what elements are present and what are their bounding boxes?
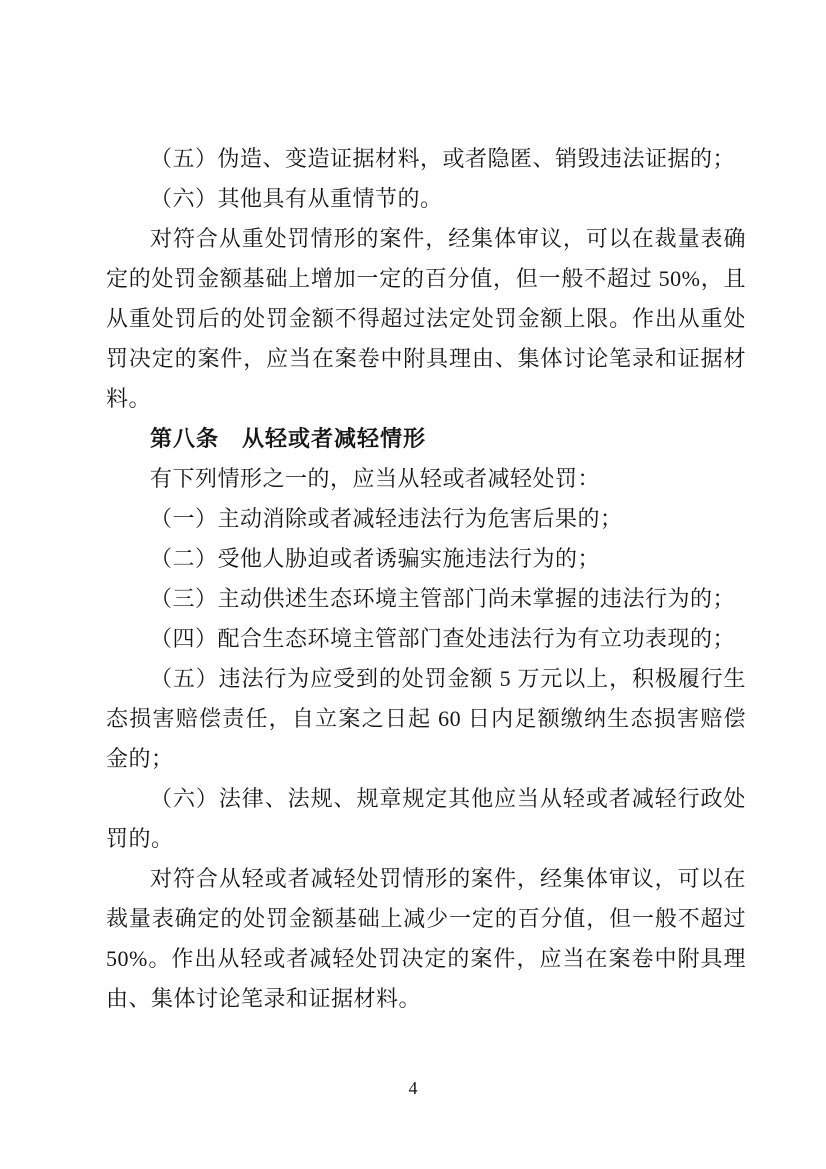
text-line: （五）伪造、变造证据材料，或者隐匿、销毁违法证据的； <box>106 139 746 179</box>
text-line: 50%。作出从轻或者减轻处罚决定的案件，应当在案卷中附具理 <box>106 939 746 979</box>
text-line: （一）主动消除或者减轻违法行为危害后果的； <box>106 499 746 539</box>
text-line: 态损害赔偿责任，自立案之日起 60 日内足额缴纳生态损害赔偿 <box>106 699 746 739</box>
text-line: （六）其他具有从重情节的。 <box>106 179 746 219</box>
text-line: 有下列情形之一的，应当从轻或者减轻处罚： <box>106 459 746 499</box>
text-line: 裁量表确定的处罚金额基础上减少一定的百分值，但一般不超过 <box>106 899 746 939</box>
text-line: （四）配合生态环境主管部门查处违法行为有立功表现的； <box>106 619 746 659</box>
document-content: （五）伪造、变造证据材料，或者隐匿、销毁违法证据的；（六）其他具有从重情节的。对… <box>106 139 746 1019</box>
section-heading: 第八条 从轻或者减轻情形 <box>106 419 746 459</box>
text-line: （三）主动供述生态环境主管部门尚未掌握的违法行为的； <box>106 579 746 619</box>
text-line: 料。 <box>106 379 746 419</box>
text-line: （五）违法行为应受到的处罚金额 5 万元以上，积极履行生 <box>106 659 746 699</box>
text-line: 罚决定的案件，应当在案卷中附具理由、集体讨论笔录和证据材 <box>106 339 746 379</box>
text-line: 从重处罚后的处罚金额不得超过法定处罚金额上限。作出从重处 <box>106 299 746 339</box>
text-line: 对符合从重处罚情形的案件，经集体审议，可以在裁量表确 <box>106 219 746 259</box>
page-number: 4 <box>0 1076 826 1100</box>
text-line: 罚的。 <box>106 819 746 859</box>
text-line: 定的处罚金额基础上增加一定的百分值，但一般不超过 50%，且 <box>106 259 746 299</box>
text-line: （六）法律、法规、规章规定其他应当从轻或者减轻行政处 <box>106 779 746 819</box>
text-line: 由、集体讨论笔录和证据材料。 <box>106 979 746 1019</box>
text-line: 金的； <box>106 739 746 779</box>
text-line: 对符合从轻或者减轻处罚情形的案件，经集体审议，可以在 <box>106 859 746 899</box>
text-line: （二）受他人胁迫或者诱骗实施违法行为的； <box>106 539 746 579</box>
document-page: （五）伪造、变造证据材料，或者隐匿、销毁违法证据的；（六）其他具有从重情节的。对… <box>0 0 826 1169</box>
